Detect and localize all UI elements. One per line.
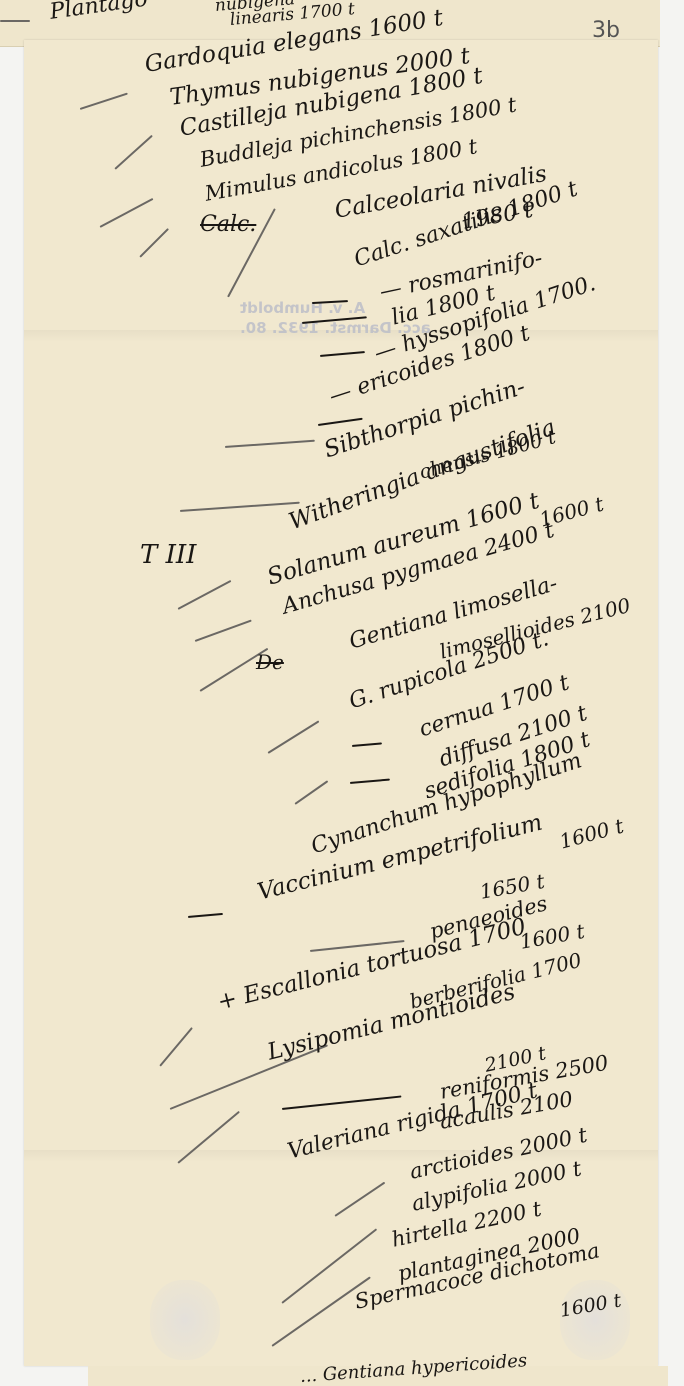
folio-number: 3b: [592, 18, 620, 43]
wax-seal-mark: [150, 1280, 220, 1360]
section-mark: T III: [140, 540, 196, 570]
pencil-mark: [0, 20, 30, 22]
struck-abbreviation: De: [256, 650, 284, 674]
struck-abbreviation: Calc.: [200, 212, 256, 237]
